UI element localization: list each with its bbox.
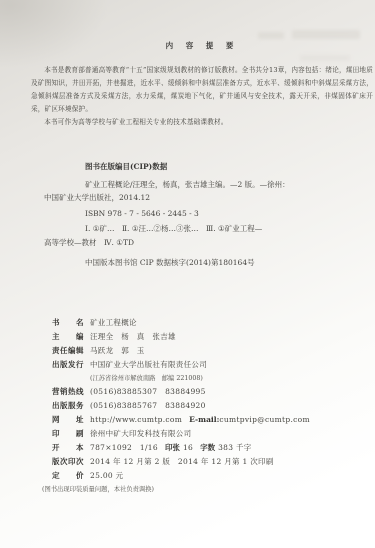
printer-label: 印 刷: [52, 427, 90, 441]
chief-editors-value: 汪理全 杨 真 张吉雄: [90, 330, 176, 344]
publishing-service-value: (0516)83885767 83884920: [90, 399, 206, 413]
printed-sheets-label: 印张: [165, 441, 180, 455]
word-count-label: 字数: [200, 441, 215, 455]
colophon-row-publishing-service: 出版服务 (0516)83885767 83884920: [52, 399, 367, 413]
colophon-row-chief-editors: 主 编 汪理全 杨 真 张吉雄: [52, 330, 367, 344]
colophon-row-responsible-editors: 责任编辑 马跃龙 郭 玉: [52, 344, 367, 358]
colophon-row-website: 网 址 http://www.cumtp.com E-mail: cumtpvi…: [52, 413, 367, 427]
cip-classification-line-1: Ⅰ. ①矿… Ⅱ. ①汪…②杨…③张… Ⅲ. ①矿业工程—: [44, 222, 369, 236]
content-summary-heading: 内 容 提 要: [31, 40, 373, 51]
marketing-hotline-label: 营销热线: [52, 385, 90, 399]
responsible-editors-label: 责任编辑: [52, 344, 90, 358]
price-value: 25.00 元: [90, 469, 123, 483]
colophon-row-edition: 版次印次 2014 年 12 月第 2 版 2014 年 12 月第 1 次印刷: [52, 455, 367, 469]
edition-label: 版次印次: [52, 455, 90, 469]
publishing-service-label: 出版服务: [52, 399, 90, 413]
book-copyright-page: 内 容 提 要 本书是教育部普通高等教育“十五”国家级规划教材的修订版教材。全书…: [0, 0, 375, 548]
colophon-row-marketing-hotline: 营销热线 (0516)83885307 83884995: [52, 385, 367, 399]
cip-record-number: 中国版本图书馆 CIP 数据核字(2014)第180164号: [44, 256, 369, 270]
printed-sheets-value: 16: [183, 441, 193, 455]
printer-value: 徐州中矿大印发科技有限公司: [90, 427, 191, 441]
publisher-address: (江苏省徐州市解放南路 邮编 221008): [52, 372, 367, 385]
price-label: 定 价: [52, 469, 90, 483]
cip-heading: 图书在版编目(CIP)数据: [44, 160, 369, 174]
publisher-value: 中国矿业大学出版社有限责任公司: [90, 358, 207, 372]
format-value: 787×1092 1/16: [90, 441, 158, 455]
cip-data-section: 图书在版编目(CIP)数据 矿业工程概论/汪理全，杨真，张吉雄主编。—2 版。—…: [44, 160, 369, 270]
email-value: cumtpvip@cumtp.com: [219, 413, 309, 427]
edition-value: 2014 年 12 月第 2 版 2014 年 12 月第 1 次印刷: [90, 455, 274, 469]
colophon-section: 书 名 矿业工程概论 主 编 汪理全 杨 真 张吉雄 责任编辑 马跃龙 郭 玉 …: [52, 316, 367, 497]
content-summary-section: 内 容 提 要 本书是教育部普通高等教育“十五”国家级规划教材的修订版教材。全书…: [31, 40, 373, 129]
colophon-row-book-title: 书 名 矿业工程概论: [52, 316, 367, 330]
bleed-through-mark: [292, 30, 360, 39]
responsible-editors-value: 马跃龙 郭 玉: [90, 344, 145, 358]
website-label: 网 址: [52, 413, 90, 427]
colophon-row-printer: 印 刷 徐州中矿大印发科技有限公司: [52, 427, 367, 441]
colophon-row-format: 开 本 787×1092 1/16 印张 16 字数 383 千字: [52, 441, 367, 455]
marketing-hotline-value: (0516)83885307 83884995: [90, 385, 206, 399]
colophon-row-price: 定 价 25.00 元: [52, 469, 367, 483]
cip-title-line: 矿业工程概论/汪理全，杨真，张吉雄主编。—2 版。—徐州：: [44, 178, 369, 192]
content-summary-paragraph-2: 本书可作为高等学校与矿业工程相关专业的技术基础课教材。: [31, 116, 373, 129]
word-count-value: 383 千字: [218, 441, 252, 455]
format-label: 开 本: [52, 441, 90, 455]
book-title-value: 矿业工程概论: [90, 316, 137, 330]
bleed-through-mark: [258, 32, 284, 39]
cip-publisher-line: 中国矿业大学出版社，2014.12: [44, 191, 369, 205]
website-url: http://www.cumtp.com: [90, 413, 182, 427]
chief-editors-label: 主 编: [52, 330, 90, 344]
content-summary-paragraph-1: 本书是教育部普通高等教育“十五”国家级规划教材的修订版教材。全书共分13章，内容…: [31, 64, 373, 116]
cip-classification-line-2: 高等学校—教材 Ⅳ. ①TD: [44, 236, 369, 250]
book-title-label: 书 名: [52, 316, 90, 330]
publisher-label: 出版发行: [52, 358, 90, 372]
email-label: E-mail:: [189, 413, 219, 427]
cip-isbn: ISBN 978 - 7 - 5646 - 2445 - 3: [44, 207, 369, 221]
quality-note: (图书出现印装质量问题，本社负责调换): [42, 483, 367, 497]
colophon-row-publisher: 出版发行 中国矿业大学出版社有限责任公司: [52, 358, 367, 372]
